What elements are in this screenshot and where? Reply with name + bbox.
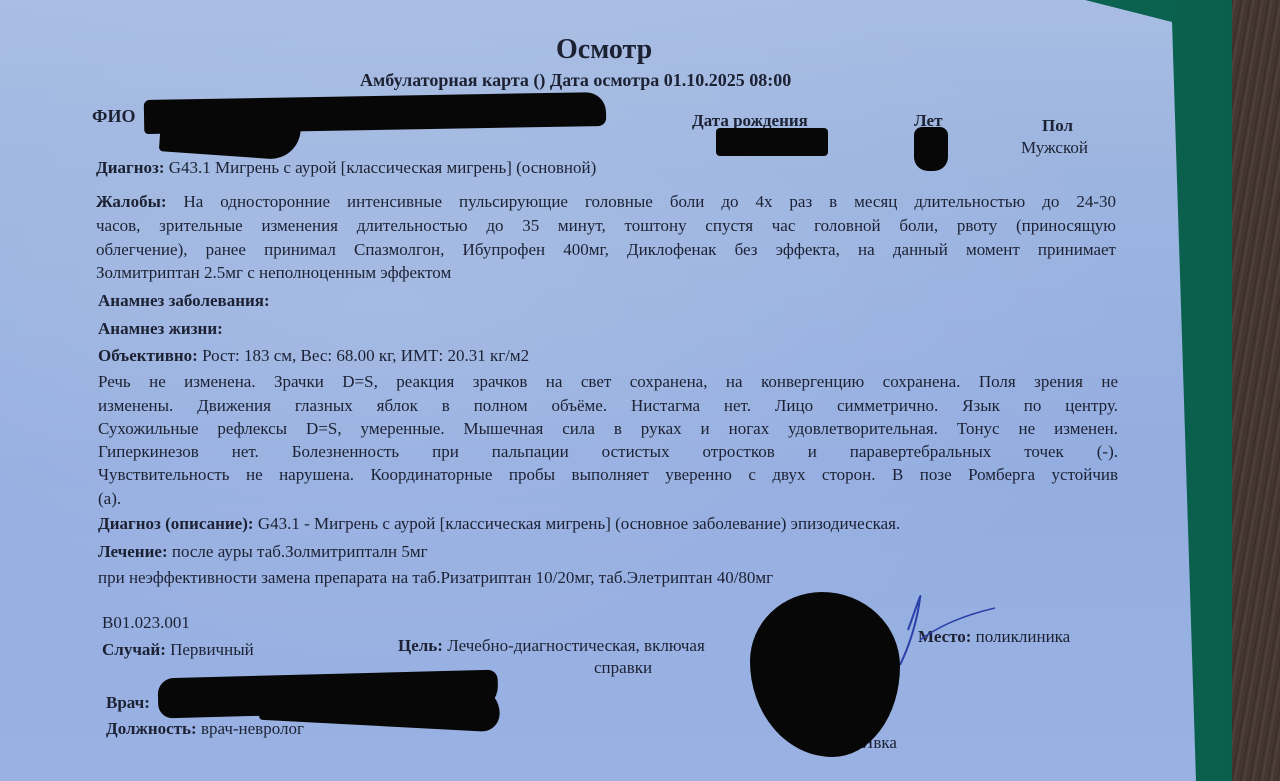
treatment-label: Лечение: [98,542,168,561]
case-line: Случай: Первичный [102,640,254,660]
birth-date-redaction [716,128,828,156]
anamnesis-disease-label: Анамнез заболевания: [98,291,270,311]
diagnosis-label: Диагноз: [96,158,165,177]
objective-value: Рост: 183 см, Вес: 68.00 кг, ИМТ: 20.31 … [202,346,529,365]
position-label: Должность: [106,719,197,738]
treatment-line-2: при неэффективности замена препарата на … [98,568,773,588]
goal-value-line-2: справки [594,658,652,678]
objective-text-6: (а). [98,489,121,509]
diagnosis-description-value: G43.1 - Мигрень с аурой [классическая ми… [258,514,900,533]
diagnosis-value: G43.1 Мигрень с аурой [классическая мигр… [169,158,597,177]
objective-label: Объективно: [98,346,198,365]
objective-text-2: изменены. Движения глазных яблок в полно… [98,396,1118,416]
complaints-line-3: облегчение), ранее принимал Спазмолгон, … [96,240,1116,260]
case-label: Случай: [102,640,166,659]
objective-text-3: Сухожильные рефлексы D=S, умеренные. Мыш… [98,419,1118,439]
doctor-label: Врач: [106,693,150,713]
objective-text-5: Чувствительность не нарушена. Координато… [98,465,1118,485]
document-title: Осмотр [556,34,652,66]
complaints-line-4: Золмитриптан 2.5мг с неполноценным эффек… [96,263,451,283]
goal-value: Лечебно-диагностическая, включая [447,636,705,655]
diagnosis-description-label: Диагноз (описание): [98,514,254,533]
document-subtitle: Амбулаторная карта () Дата осмотра 01.10… [360,70,791,90]
case-value: Первичный [170,640,254,659]
service-code: B01.023.001 [102,613,190,633]
sex-value: Мужской [1021,138,1088,158]
fio-label: ФИО [92,106,135,126]
objective-text-4: Гиперкинезов нет. Болезненность при паль… [98,442,1118,462]
sex-label: Пол [1042,116,1073,136]
diagnosis-line: Диагноз: G43.1 Мигрень с аурой [классиче… [96,158,596,178]
objective-text-1: Речь не изменена. Зрачки D=S, реакция зр… [98,372,1118,392]
complaints-line-2: часов, зрительные изменения длительность… [96,216,1116,236]
position-value: врач-невролог [201,719,304,738]
age-redaction [914,127,948,171]
complaints-line-1: Жалобы: На односторонние интенсивные пул… [96,192,1116,212]
treatment-value: после ауры таб.Золмитриптaлн 5мг [172,542,428,561]
treatment-line: Лечение: после ауры таб.Золмитриптaлн 5м… [98,542,428,562]
medical-document: Осмотр Амбулаторная карта () Дата осмотр… [0,0,1280,781]
diagnosis-description-line: Диагноз (описание): G43.1 - Мигрень с ау… [98,514,900,534]
complaints-label: Жалобы: [96,192,167,211]
goal-line: Цель: Лечебно-диагностическая, включая [398,636,705,656]
goal-label: Цель: [398,636,443,655]
objective-line: Объективно: Рост: 183 см, Вес: 68.00 кг,… [98,346,529,366]
position-line: Должность: врач-невролог [106,719,304,739]
anamnesis-life-label: Анамнез жизни: [98,319,223,339]
